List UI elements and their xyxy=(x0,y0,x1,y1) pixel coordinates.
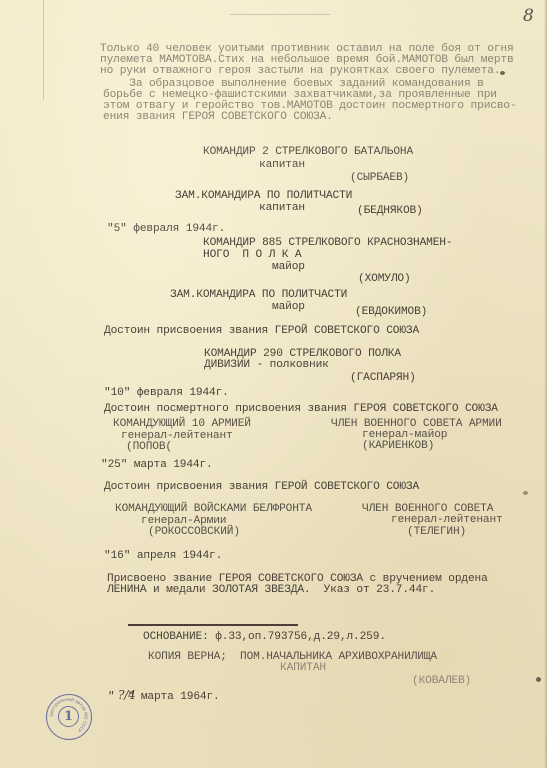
certifier-title: ПОМ.НАЧАЛЬНИКА АРХИВОХРАНИЛИЩА xyxy=(240,652,437,663)
signature-rank: майор xyxy=(272,302,305,313)
separator-rule xyxy=(128,624,298,626)
certifier-name: (КОВАЛЕВ) xyxy=(412,676,471,687)
page-number: 8 xyxy=(523,6,534,26)
verdict: Достоин присвоения звания ГЕРОЙ СОВЕТСКО… xyxy=(104,482,419,493)
body-line: но руки отважного героя застыли на рукоя… xyxy=(100,66,500,77)
signature-rank: капитан xyxy=(259,203,305,214)
ink-blot xyxy=(500,71,505,75)
signature-title: КОМАНДИР 2 СТРЕЛКОВОГО БАТАЛЬОНА xyxy=(203,147,413,158)
verdict: Достоин посмертного присвоения звания ГЕ… xyxy=(104,404,498,415)
date: "25" марта 1944г. xyxy=(101,460,213,471)
certifier-rank: КАПИТАН xyxy=(280,663,326,674)
signature-name: (ГАСПАРЯН) xyxy=(350,373,416,384)
handwritten-day: ?/4 xyxy=(118,690,136,701)
verdict: Достоин присвоения звания ГЕРОЙ СОВЕТСКО… xyxy=(104,326,419,337)
signature-name: (ЕВДОКИМОВ) xyxy=(355,307,427,318)
signature-title-cont: ДИВИЗИИ - полковник xyxy=(204,360,329,371)
signature-name: (РОКОССОВСКИЙ) xyxy=(148,527,240,538)
archive-stamp: Центральный архив МО СССР 1 xyxy=(46,694,92,740)
signature-rank: майор xyxy=(272,262,305,273)
signature-title: КОМАНДУЮЩИЙ ВОЙСКАМИ БЕЛФРОНТА xyxy=(115,504,312,515)
ink-blot xyxy=(536,677,541,682)
signature-rank: капитан xyxy=(259,160,305,171)
signature-name: (КАРИЕНКОВ) xyxy=(362,441,434,452)
date: "16" апреля 1944г. xyxy=(104,551,222,562)
signature-title: ЗАМ.КОМАНДИРА ПО ПОЛИТЧАСТИ xyxy=(170,290,347,301)
certification-label: КОПИЯ ВЕРНА; xyxy=(148,652,227,663)
body-line: ения звания ГЕРОЯ СОВЕТСКОГО СОЮЗА. xyxy=(103,112,333,123)
signature-title: КОМАНДУЮЩИЙ 10 АРМИЕЙ xyxy=(113,419,251,430)
award-line: ЛЕНИНА и медали ЗОЛОТАЯ ЗВЕЗДА. Указ от … xyxy=(107,585,435,596)
date: "5" февраля 1944г. xyxy=(107,224,225,235)
signature-name: (ХОМУЛО) xyxy=(358,274,411,285)
signature-name: (СЫРБАЕВ) xyxy=(350,173,409,184)
archive-basis: ОСНОВАНИЕ: ф.33,оп.793756,д.29,л.259. xyxy=(143,632,386,643)
stamp-number: 1 xyxy=(58,706,79,727)
signature-name: (ТЕЛЕГИН) xyxy=(407,527,466,538)
paper-fold-mark xyxy=(43,0,44,100)
signature-title: ЗАМ.КОМАНДИРА ПО ПОЛИТЧАСТИ xyxy=(175,191,352,202)
signature-name: (БЕДНЯКОВ) xyxy=(357,206,423,217)
date: "10" февраля 1944г. xyxy=(104,388,229,399)
signature-title-cont: НОГО П О Л К А xyxy=(203,250,301,261)
ink-blot xyxy=(523,491,528,495)
scan-artifact xyxy=(230,14,330,15)
signature-name: (ПОПОВ( xyxy=(126,442,172,453)
signature-rank: генерал-лейтенант xyxy=(391,515,503,526)
signature-title: КОМАНДИР 885 СТРЕЛКОВОГО КРАСНОЗНАМЕН- xyxy=(203,238,452,249)
